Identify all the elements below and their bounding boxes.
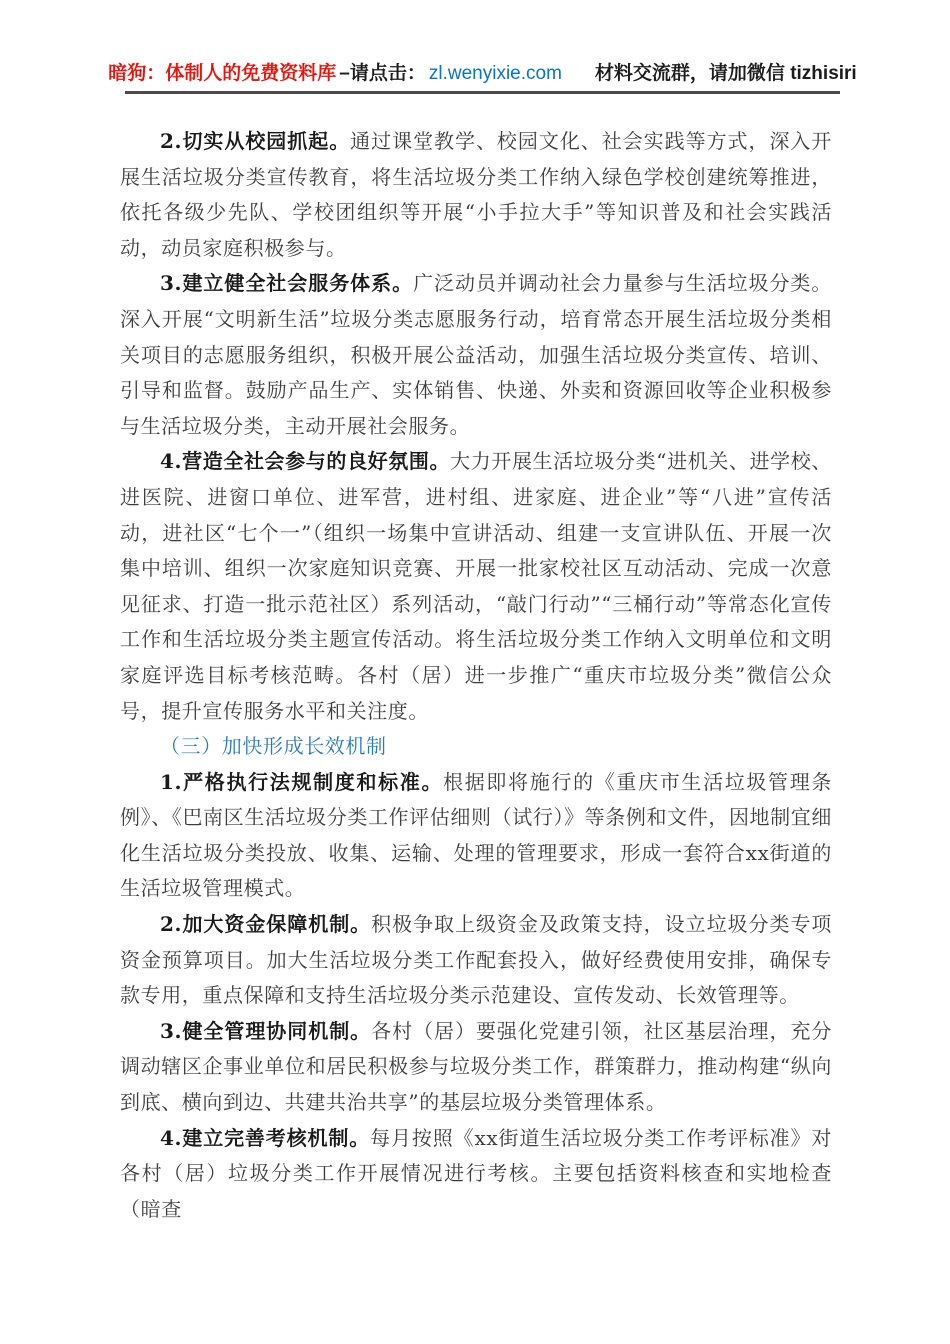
paragraph-text: 广泛动员并调动社会力量参与生活垃圾分类。深入开展“文明新生活”垃圾分类志愿服务行… bbox=[120, 271, 832, 437]
header-site-link[interactable]: zl.wenyixie.com bbox=[429, 61, 562, 87]
paragraph: 4.营造全社会参与的良好氛围。大力开展生活垃圾分类“进机关、进学校、进医院、进窗… bbox=[120, 444, 832, 729]
document-body: 2.切实从校园抓起。通过课堂教学、校园文化、社会实践等方式，深入开展生活垃圾分类… bbox=[120, 124, 832, 1227]
section-heading: （三）加快形成长效机制 bbox=[120, 729, 832, 765]
paragraph: 4.建立完善考核机制。每月按照《xx街道生活垃圾分类工作考评标准》对各村（居）垃… bbox=[120, 1121, 832, 1228]
document-page: 暗狗：体制人的免费资料库 –请点击： zl.wenyixie.com 材料交流群… bbox=[0, 0, 950, 1344]
header-divider bbox=[125, 91, 840, 94]
header-bar: 暗狗：体制人的免费资料库 –请点击： zl.wenyixie.com 材料交流群… bbox=[125, 61, 840, 87]
paragraph-lead: 2.加大资金保障机制。 bbox=[160, 912, 371, 936]
paragraph-lead: 3.建立健全社会服务体系。 bbox=[160, 271, 413, 295]
header-click-prompt: –请点击： bbox=[339, 61, 426, 87]
paragraph-text: 大力开展生活垃圾分类“进机关、进学校、进医院、进窗口单位、进军营，进村组、进家庭… bbox=[120, 449, 832, 722]
paragraph: 1.严格执行法规制度和标准。根据即将施行的《重庆市生活垃圾管理条例》、《巴南区生… bbox=[120, 765, 832, 907]
paragraph-lead: 4.营造全社会参与的良好氛围。 bbox=[160, 449, 450, 473]
header-site-title: 暗狗：体制人的免费资料库 bbox=[108, 61, 336, 87]
paragraph: 3.建立健全社会服务体系。广泛动员并调动社会力量参与生活垃圾分类。深入开展“文明… bbox=[120, 266, 832, 444]
paragraph-lead: 3.健全管理协同机制。 bbox=[160, 1019, 371, 1043]
paragraph: 2.切实从校园抓起。通过课堂教学、校园文化、社会实践等方式，深入开展生活垃圾分类… bbox=[120, 124, 832, 266]
paragraph: 3.健全管理协同机制。各村（居）要强化党建引领，社区基层治理，充分调动辖区企事业… bbox=[120, 1014, 832, 1121]
paragraph: 2.加大资金保障机制。积极争取上级资金及政策支持，设立垃圾分类专项资金预算项目。… bbox=[120, 907, 832, 1014]
header-group-note: 材料交流群，请加微信 tizhisiri bbox=[595, 61, 857, 87]
paragraph-lead: 4.建立完善考核机制。 bbox=[160, 1126, 370, 1150]
paragraph-lead: 1.严格执行法规制度和标准。 bbox=[160, 770, 443, 794]
paragraph-lead: 2.切实从校园抓起。 bbox=[160, 129, 350, 153]
